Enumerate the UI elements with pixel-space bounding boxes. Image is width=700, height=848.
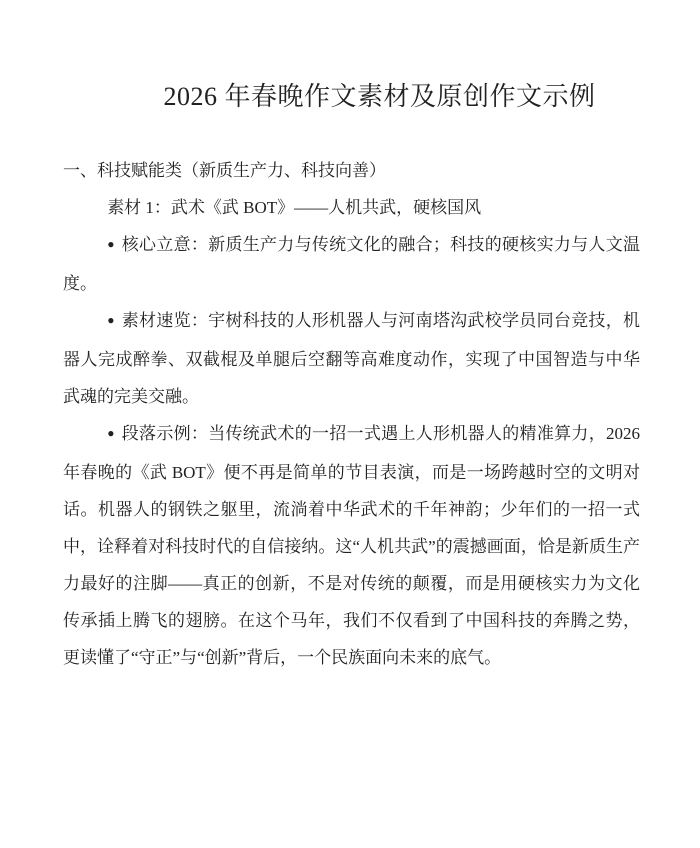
bullet-icon: ● [107, 226, 114, 263]
bullet-icon: ● [107, 302, 114, 339]
section-heading: 一、科技赋能类（新质生产力、科技向善） [63, 152, 640, 189]
paragraph-text: 当传统武术的一招一式遇上人形机器人的精准算力，2026 年春晚的《武 BOT》便… [63, 424, 640, 667]
bullet-paragraph-core-idea: ●核心立意：新质生产力与传统文化的融合；科技的硬核实力与人文温度。 [63, 226, 640, 302]
bullet-icon: ● [107, 415, 114, 452]
bullet-paragraph-material-overview: ●素材速览：宇树科技的人形机器人与河南塔沟武校学员同台竞技，机器人完成醉拳、双截… [63, 302, 640, 415]
document-page: 2026 年春晚作文素材及原创作文示例 一、科技赋能类（新质生产力、科技向善） … [0, 0, 700, 848]
document-title: 2026 年春晚作文素材及原创作文示例 [63, 80, 640, 114]
material-subheading: 素材 1：武术《武 BOT》——人机共武，硬核国风 [63, 189, 640, 226]
paragraph-label: 段落示例： [121, 424, 208, 443]
bullet-paragraph-example: ●段落示例：当传统武术的一招一式遇上人形机器人的精准算力，2026 年春晚的《武… [63, 415, 640, 676]
paragraph-label: 核心立意： [121, 235, 208, 254]
paragraph-label: 素材速览： [121, 311, 208, 330]
